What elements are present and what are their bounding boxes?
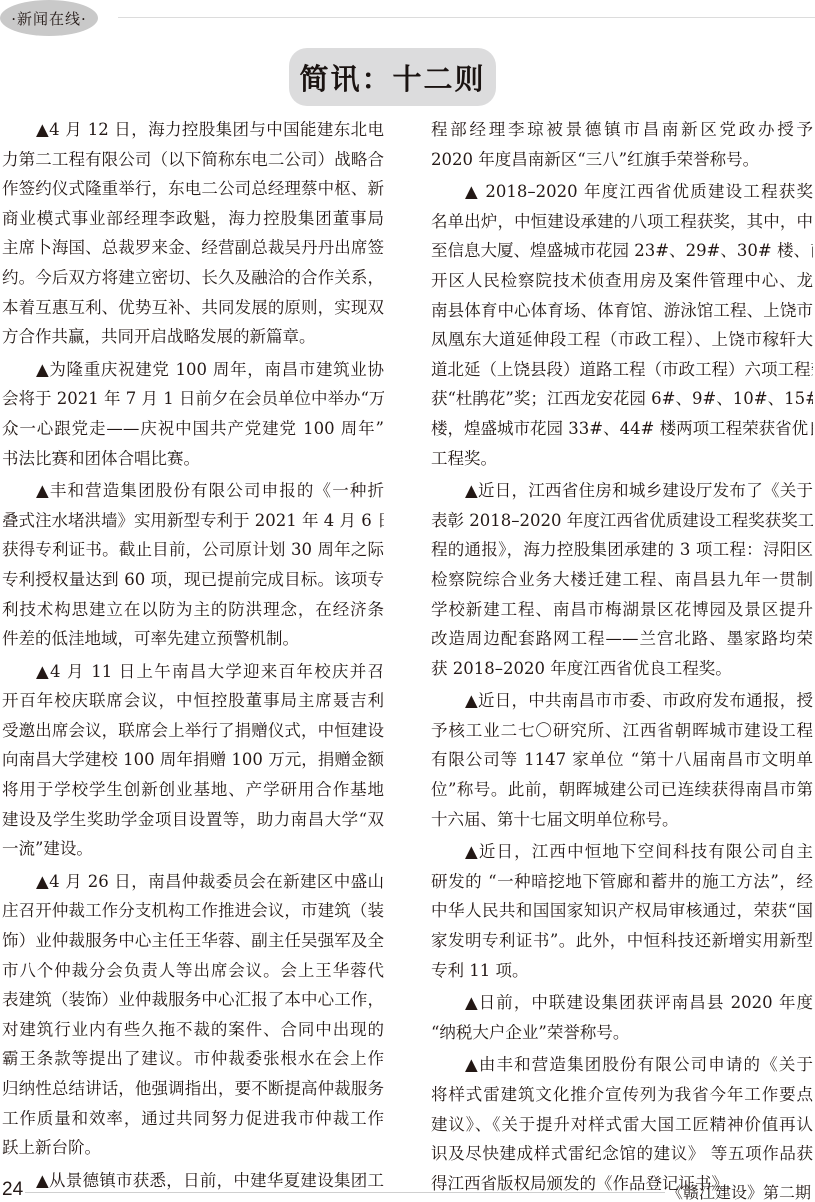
news-item: ▲从景德镇市获悉，日前，中建华夏建设集团工 [2, 1166, 384, 1196]
text-line: 2020 年度昌南新区“三八”红旗手荣誉称号。 [431, 145, 813, 175]
news-item: ▲ 2018–2020 年度江西省优质建设工程获奖名单出炉，中恒建设承建的八项工… [431, 177, 813, 473]
news-item: ▲4 月 11 日上午南昌大学迎来百年校庆并召开百年校庆联席会议，中恒控股董事局… [2, 657, 384, 864]
text-line: 程的通报》，海力控股集团承建的 3 项工程：浔阳区 [431, 535, 813, 565]
text-line: 作签约仪式隆重举行，东电二公司总经理蔡中枢、新 [2, 174, 384, 204]
text-line: 力第二工程有限公司（以下简称东电二公司）战略合 [2, 145, 384, 175]
page-number: 24 [2, 1179, 23, 1201]
text-line: 主席卜海国、总裁罗来金、经营副总裁吴丹丹出席签 [2, 233, 384, 263]
text-line: ▲日前，中联建设集团获评南昌县 2020 年度 [431, 988, 813, 1018]
article-title: 简讯：十二则 [289, 48, 496, 106]
text-line: 将样式雷建筑文化推介宣传列为我省今年工作要点 [431, 1080, 813, 1110]
section-tag: ·新闻在线· [0, 0, 98, 36]
text-line: ▲近日，中共南昌市市委、市政府发布通报，授 [431, 686, 813, 716]
text-line: 南县体育中心体育场、体育馆、游泳馆工程、上饶市 [431, 296, 813, 326]
text-line: 学校新建工程、南昌市梅湖景区花博园及景区提升 [431, 595, 813, 625]
text-line: 至信息大厦、煌盛城市花园 23#、29#、30# 楼、南昌经 [431, 236, 813, 266]
text-line: 工程奖。 [431, 444, 813, 474]
text-line: ▲由丰和营造集团股份有限公司申请的《关于 [431, 1050, 813, 1080]
text-line: 予核工业二七〇研究所、江西省朝晖城市建设工程 [431, 716, 813, 746]
text-line: 建设及学生奖助学金项目设置等，助力南昌大学“双 [2, 805, 384, 835]
text-line: ▲近日，江西省住房和城乡建设厅发布了《关于 [431, 476, 813, 506]
text-line: 叠式注水堵洪墙》实用新型专利于 2021 年 4 月 6 日 [2, 506, 384, 536]
text-line: ▲为隆重庆祝建党 100 周年，南昌市建筑业协 [2, 355, 384, 385]
news-item: ▲日前，中联建设集团获评南昌县 2020 年度“纳税大户企业”荣誉称号。 [431, 988, 813, 1047]
text-line: 众一心跟党走——庆祝中国共产党建党 100 周年” [2, 414, 384, 444]
news-item: ▲4 月 12 日，海力控股集团与中国能建东北电力第二工程有限公司（以下简称东电… [2, 115, 384, 352]
text-line: 识及尽快建成样式雷纪念馆的建议》 等五项作品获 [431, 1139, 813, 1169]
text-line: 利技术构思建立在以防为主的防洪理念，在经济条 [2, 595, 384, 625]
text-line: 获“杜鹃花”奖；江西龙安花园 6#、9#、10#、15#、16# [431, 384, 813, 414]
news-item: ▲为隆重庆祝建党 100 周年，南昌市建筑业协会将于 2021 年 7 月 1 … [2, 355, 384, 473]
text-line: 获得专利证书。截止目前，公司原计划 30 周年之际 [2, 535, 384, 565]
header-divider [118, 17, 815, 18]
text-line: 一流”建设。 [2, 834, 384, 864]
text-line: 受邀出席会议，联席会上举行了捐赠仪式，中恒建设 [2, 716, 384, 746]
text-line: 检察院综合业务大楼迁建工程、南昌县九年一贯制 [431, 565, 813, 595]
text-line: 程部经理李琼被景德镇市昌南新区党政办授予 [431, 115, 813, 145]
text-line: ▲4 月 12 日，海力控股集团与中国能建东北电 [2, 115, 384, 145]
text-line: 将用于学校学生创新创业基地、产学研用合作基地 [2, 775, 384, 805]
news-item: 程部经理李琼被景德镇市昌南新区党政办授予2020 年度昌南新区“三八”红旗手荣誉… [431, 115, 813, 174]
text-line: 改造周边配套路网工程——兰宫北路、墨家路均荣 [431, 624, 813, 654]
right-column: 程部经理李琼被景德镇市昌南新区党政办授予2020 年度昌南新区“三八”红旗手荣誉… [431, 115, 813, 1198]
text-line: 获 2018–2020 年度江西省优良工程奖。 [431, 654, 813, 684]
text-line: 归纳性总结讲话，他强调指出，要不断提高仲裁服务 [2, 1074, 384, 1104]
text-line: 表建筑（装饰）业仲裁服务中心汇报了本中心工作， [2, 985, 384, 1015]
text-line: 商业模式事业部经理李政魁，海力控股集团董事局 [2, 204, 384, 234]
left-column: ▲4 月 12 日，海力控股集团与中国能建东北电力第二工程有限公司（以下简称东电… [2, 115, 384, 1195]
text-line: 专利授权量达到 60 项，现已提前完成目标。该项专 [2, 565, 384, 595]
text-line: 方合作共赢，共同开启战略发展的新篇章。 [2, 322, 384, 352]
text-line: ▲从景德镇市获悉，日前，中建华夏建设集团工 [2, 1166, 384, 1196]
text-line: 跃上新台阶。 [2, 1133, 384, 1163]
text-line: 家发明专利证书”。此外，中恒科技还新增实用新型 [431, 926, 813, 956]
text-line: 专利 11 项。 [431, 956, 813, 986]
text-line: 约。今后双方将建立密切、长久及融洽的合作关系， [2, 263, 384, 293]
text-line: 楼，煌盛城市花园 33#、44# 楼两项工程荣获省优良 [431, 414, 813, 444]
text-line: 庄召开仲裁工作分支机构工作推进会议，市建筑（装 [2, 896, 384, 926]
text-line: 位”称号。此前，朝晖城建公司已连续获得南昌市第 [431, 775, 813, 805]
text-line: 向南昌大学建校 100 周年捐赠 100 万元，捐赠金额 [2, 745, 384, 775]
text-line: 表彰 2018–2020 年度江西省优质建设工程奖获奖工 [431, 506, 813, 536]
text-line: 十六届、第十七届文明单位称号。 [431, 805, 813, 835]
text-line: 对建筑行业内有些久拖不裁的案件、合同中出现的 [2, 1015, 384, 1045]
text-line: 本着互惠互利、优势互补、共同发展的原则，实现双 [2, 293, 384, 323]
text-line: 道北延（上饶县段）道路工程（市政工程）六项工程荣 [431, 355, 813, 385]
text-line: ▲丰和营造集团股份有限公司申报的《一种折 [2, 476, 384, 506]
magazine-issue: 《赣江建设》第二期 [667, 1180, 811, 1202]
text-line: ▲4 月 26 日，南昌仲裁委员会在新建区中盛山 [2, 867, 384, 897]
text-line: 饰）业仲裁服务中心主任王华蓉、副主任吴强军及全 [2, 926, 384, 956]
text-line: 有限公司等 1147 家单位 “第十八届南昌市文明单 [431, 745, 813, 775]
footer-divider [25, 1192, 665, 1193]
text-line: 开区人民检察院技术侦查用房及案件管理中心、龙 [431, 266, 813, 296]
text-line: ▲4 月 11 日上午南昌大学迎来百年校庆并召 [2, 657, 384, 687]
text-line: 建议》、《关于提升对样式雷大国工匠精神价值再认 [431, 1110, 813, 1140]
text-line: 会将于 2021 年 7 月 1 日前夕在会员单位中举办“万 [2, 384, 384, 414]
text-line: 霸王条款等提出了建议。市仲裁委张根水在会上作 [2, 1044, 384, 1074]
text-line: ▲ 2018–2020 年度江西省优质建设工程获奖 [431, 177, 813, 207]
text-line: 名单出炉，中恒建设承建的八项工程获奖，其中，中 [431, 207, 813, 237]
news-item: ▲近日，中共南昌市市委、市政府发布通报，授予核工业二七〇研究所、江西省朝晖城市建… [431, 686, 813, 834]
news-item: ▲丰和营造集团股份有限公司申报的《一种折叠式注水堵洪墙》实用新型专利于 2021… [2, 476, 384, 654]
text-line: 研发的 “一种暗挖地下管廊和蓄井的施工方法”，经 [431, 867, 813, 897]
text-line: 开百年校庆联席会议，中恒控股董事局主席聂吉利 [2, 686, 384, 716]
text-line: 市八个仲裁分会负责人等出席会议。会上王华蓉代 [2, 956, 384, 986]
news-item: ▲由丰和营造集团股份有限公司申请的《关于将样式雷建筑文化推介宣传列为我省今年工作… [431, 1050, 813, 1198]
text-line: ▲近日，江西中恒地下空间科技有限公司自主 [431, 837, 813, 867]
text-line: 工作质量和效率，通过共同努力促进我市仲裁工作 [2, 1104, 384, 1134]
text-line: 中华人民共和国国家知识产权局审核通过，荣获“国 [431, 896, 813, 926]
text-line: 件差的低洼地域，可率先建立预警机制。 [2, 624, 384, 654]
news-item: ▲近日，江西中恒地下空间科技有限公司自主研发的 “一种暗挖地下管廊和蓄井的施工方… [431, 837, 813, 985]
text-line: 凤凰东大道延伸段工程（市政工程）、上饶市稼轩大 [431, 325, 813, 355]
news-item: ▲4 月 26 日，南昌仲裁委员会在新建区中盛山庄召开仲裁工作分支机构工作推进会… [2, 867, 384, 1163]
text-line: “纳税大户企业”荣誉称号。 [431, 1018, 813, 1048]
text-line: 书法比赛和团体合唱比赛。 [2, 444, 384, 474]
news-item: ▲近日，江西省住房和城乡建设厅发布了《关于表彰 2018–2020 年度江西省优… [431, 476, 813, 683]
